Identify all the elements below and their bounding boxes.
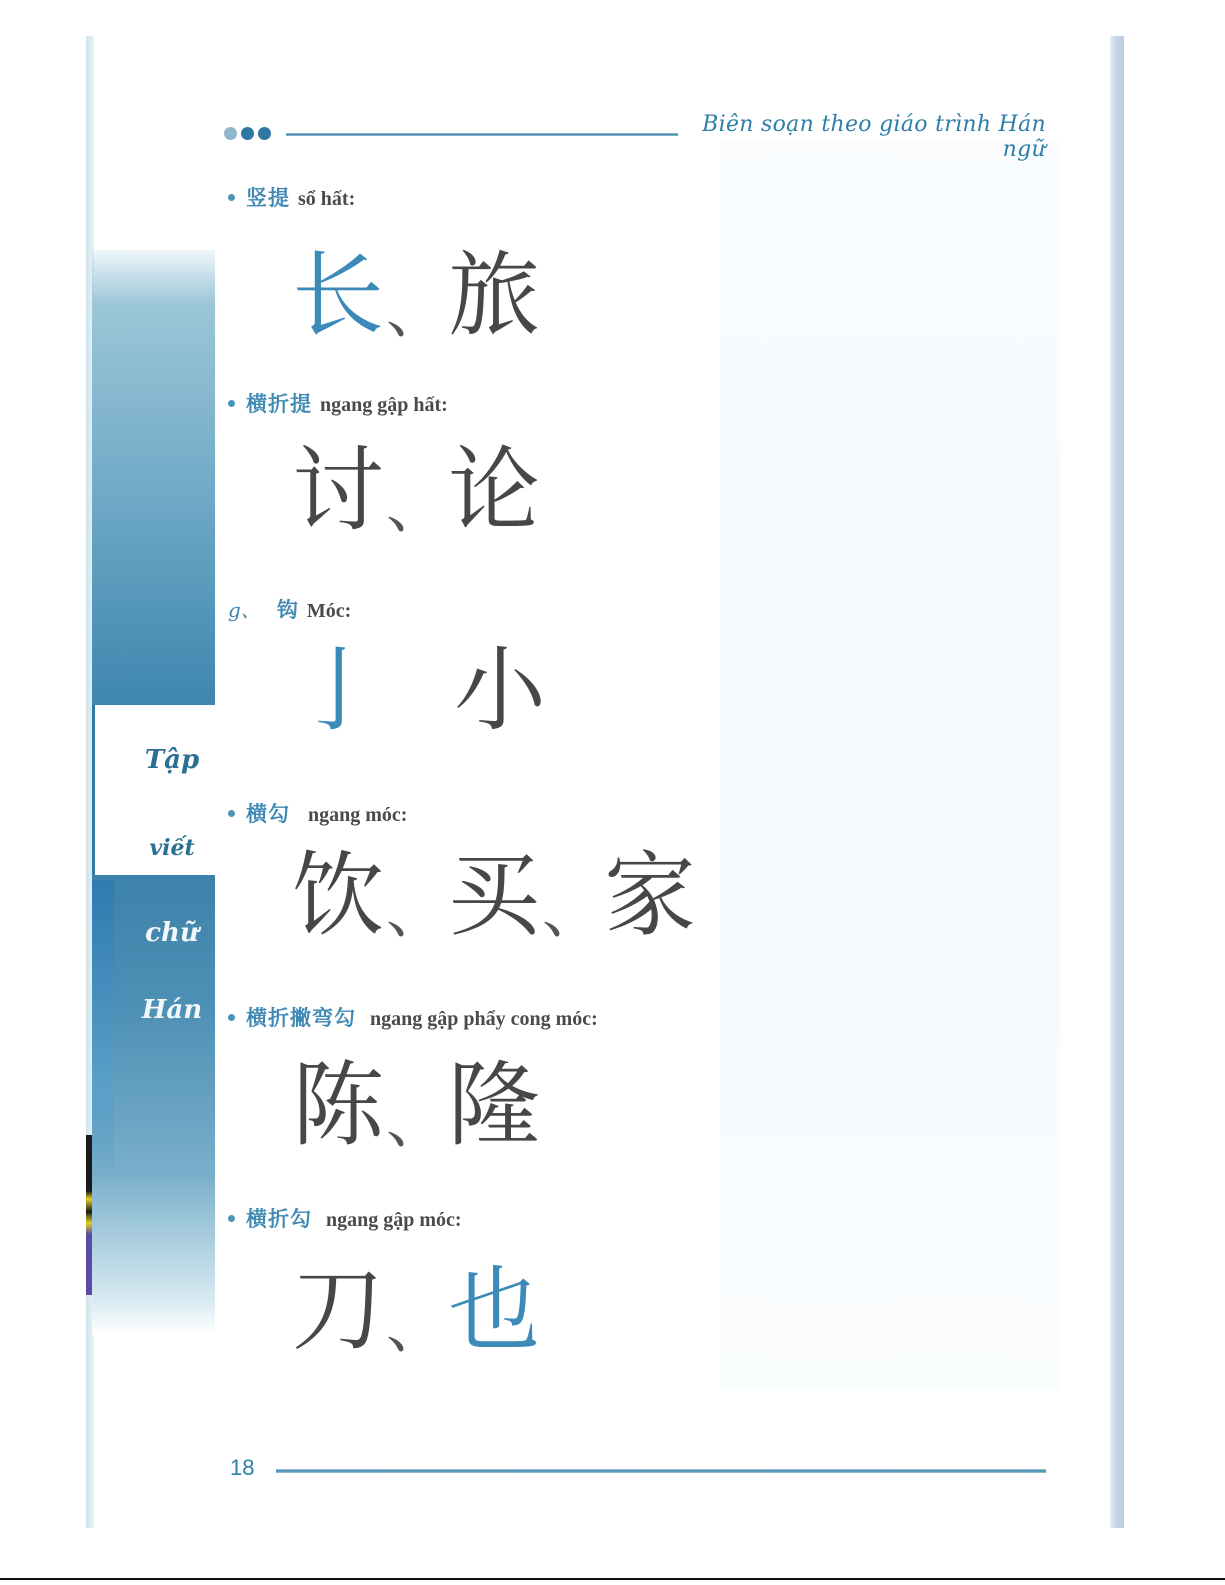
sidebar-title-line-4: Hán: [132, 995, 212, 1025]
section-heading-6: 横折勾 ngang gập móc:: [228, 1203, 462, 1233]
example-char: 隆: [448, 1060, 540, 1152]
hanzi-label: 钩: [277, 594, 299, 624]
hanzi-label: 横勾: [246, 798, 290, 828]
back-page-bleed-through: [720, 140, 1060, 1390]
sidebar-band-top: [92, 250, 215, 705]
vietnamese-label: ngang gập hất:: [320, 394, 448, 417]
sidebar-title-line-1: Tập: [132, 745, 212, 775]
example-char: 陈: [292, 1060, 384, 1152]
section-heading-4: 横勾 ngang móc:: [228, 798, 407, 828]
hanzi-label: 横折撇弯勾: [246, 1002, 356, 1032]
page-right-edge: [1110, 36, 1124, 1528]
example-char: 买: [448, 850, 540, 942]
header-rule: [286, 133, 678, 136]
example-char: 论: [448, 445, 540, 537]
example-characters-1: 长 、 旅: [292, 250, 540, 342]
bullet-icon: [228, 194, 235, 201]
section-heading-2: 横折提 ngang gập hất:: [228, 388, 448, 418]
hanzi-label: 竖提: [246, 182, 290, 212]
vietnamese-label: Móc:: [307, 600, 351, 623]
example-char: 旅: [448, 250, 540, 342]
example-characters-2: 讨 、 论: [292, 445, 540, 537]
header-dot-1: [224, 127, 237, 140]
example-char: 家: [604, 850, 696, 942]
separator: 、: [542, 882, 602, 942]
vietnamese-label: ngang gập phẩy cong móc:: [370, 1008, 598, 1031]
sidebar-title-line-3: chữ: [132, 918, 212, 948]
section-prefix: g、: [228, 594, 261, 623]
sidebar-title-line-2: viết: [132, 835, 212, 861]
example-characters-4: 饮 、 买 、 家: [292, 850, 696, 942]
header-dots: [224, 127, 271, 140]
vietnamese-label: ngang gập móc:: [326, 1209, 462, 1232]
bullet-icon: [228, 810, 235, 817]
example-char: 小: [454, 645, 546, 737]
separator: 、: [386, 882, 446, 942]
header-dot-2: [241, 127, 254, 140]
example-char: 长: [292, 250, 384, 342]
example-char: 刀: [292, 1265, 384, 1357]
footer-rule: [276, 1469, 1046, 1473]
running-header-title: Biên soạn theo giáo trình Hán ngữ: [700, 112, 1046, 162]
example-char: 饮: [292, 850, 384, 942]
bullet-icon: [228, 1215, 235, 1222]
example-characters-3: 亅 小: [292, 645, 546, 737]
example-char: 讨: [292, 445, 384, 537]
section-heading-1: 竖提 sổ hất:: [228, 182, 355, 212]
header-dot-3: [258, 127, 271, 140]
separator: 、: [386, 1297, 446, 1357]
separator: 、: [386, 282, 446, 342]
vietnamese-label: ngang móc:: [308, 804, 407, 827]
example-char: 也: [448, 1265, 540, 1357]
section-heading-3: g、 钩 Móc:: [228, 594, 351, 624]
hanzi-label: 横折勾: [246, 1203, 312, 1233]
example-characters-6: 刀 、 也: [292, 1265, 540, 1357]
vietnamese-label: sổ hất:: [298, 188, 355, 211]
example-char: 亅: [292, 645, 384, 737]
bullet-icon: [228, 400, 235, 407]
scan-bottom-edge: [0, 1578, 1225, 1580]
page-number: 18: [230, 1455, 254, 1481]
example-characters-5: 陈 、 隆: [292, 1060, 540, 1152]
sidebar-band-strip: [92, 880, 114, 1180]
bullet-icon: [228, 1014, 235, 1021]
section-heading-5: 横折撇弯勾 ngang gập phẩy cong móc:: [228, 1002, 598, 1032]
hanzi-label: 横折提: [246, 388, 312, 418]
separator: 、: [386, 477, 446, 537]
separator: 、: [386, 1092, 446, 1152]
